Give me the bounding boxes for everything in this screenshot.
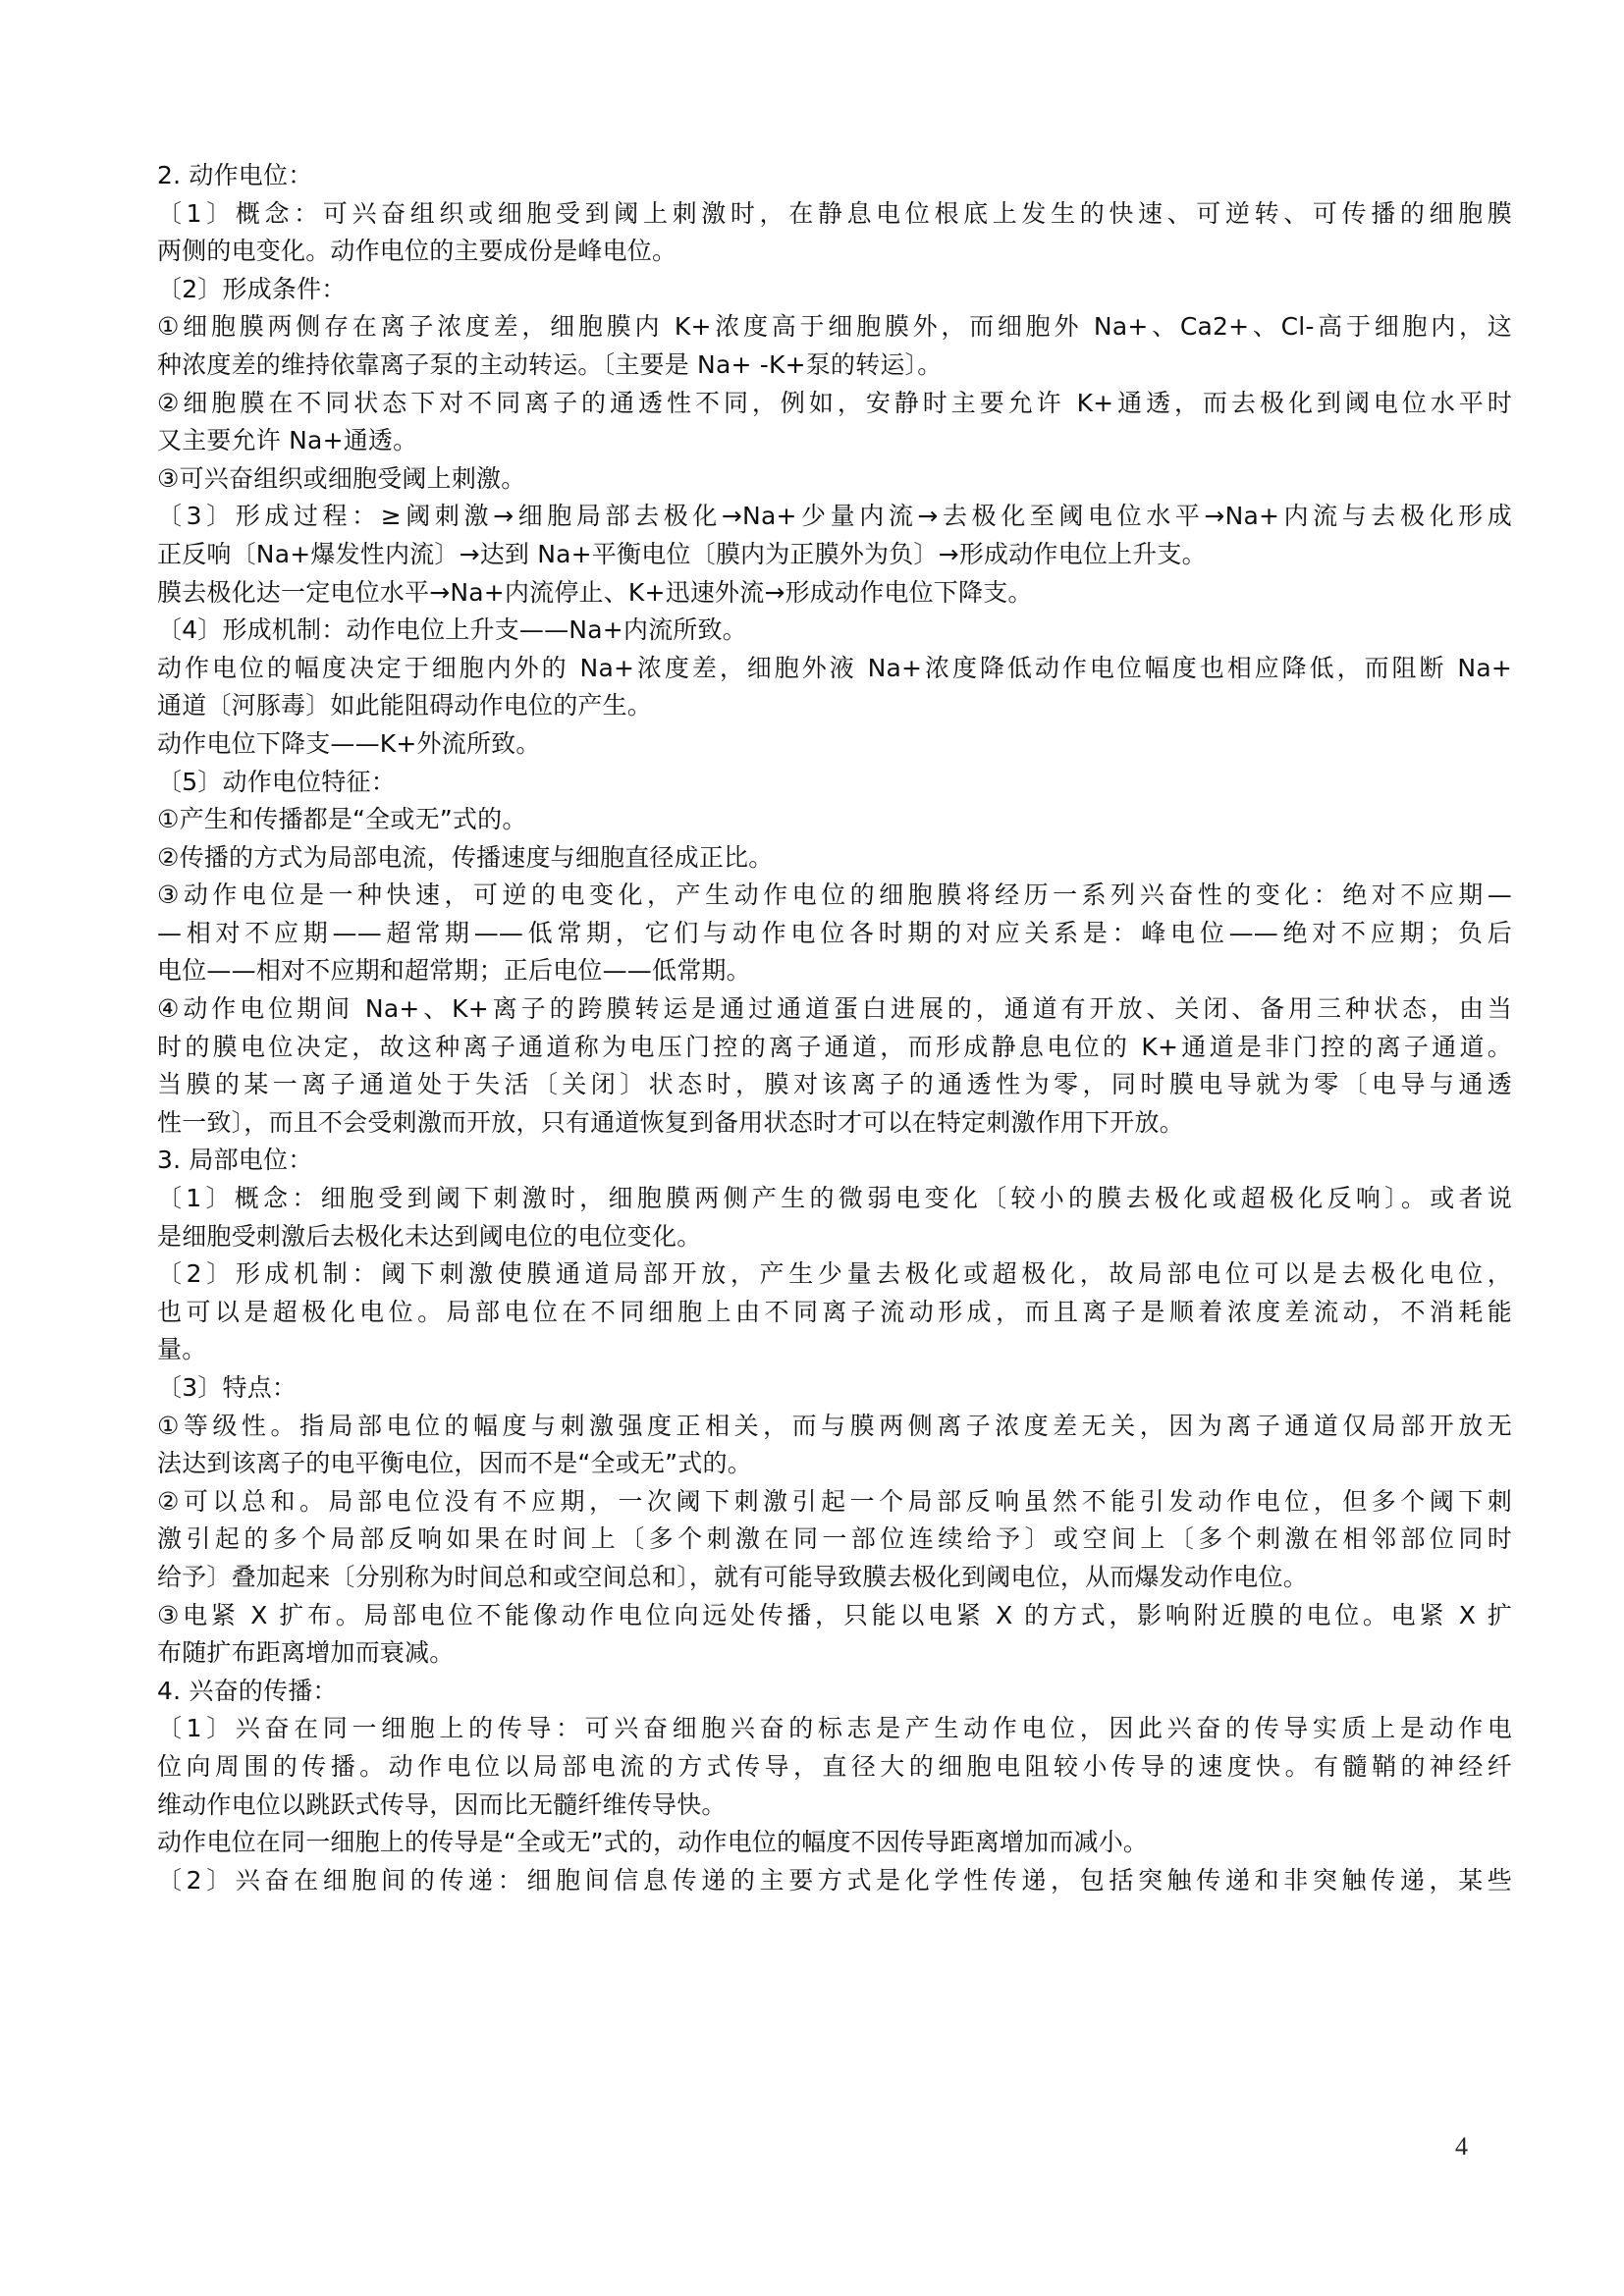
text-line: 两侧的电变化。动作电位的主要成份是峰电位。 — [157, 233, 1512, 271]
text-line: 量。 — [157, 1331, 1512, 1369]
text-line: 布随扩布距离增加而衰减。 — [157, 1634, 1512, 1673]
text-line: 〔1〕兴奋在同一细胞上的传导：可兴奋细胞兴奋的标志是产生动作电位，因此兴奋的传导… — [157, 1710, 1512, 1748]
text-line: 位向周围的传播。动作电位以局部电流的方式传导，直径大的细胞电阻较小传导的速度快。… — [157, 1748, 1512, 1787]
text-line: 动作电位的幅度决定于细胞内外的 Na+浓度差，细胞外液 Na+浓度降低动作电位幅… — [157, 650, 1512, 688]
text-line: ②传播的方式为局部电流，传播速度与细胞直径成正比。 — [157, 839, 1512, 878]
text-line: 是细胞受刺激后去极化未达到阈电位的电位变化。 — [157, 1218, 1512, 1256]
text-line: 〔2〕形成条件： — [157, 271, 1512, 309]
text-line: 又主要允许 Na+通透。 — [157, 422, 1512, 460]
text-line: ①等级性。指局部电位的幅度与刺激强度正相关，而与膜两侧离子浓度差无关，因为离子通… — [157, 1408, 1512, 1446]
text-line: ②可以总和。局部电位没有不应期，一次阈下刺激引起一个局部反响虽然不能引发动作电位… — [157, 1483, 1512, 1522]
text-line: 给予〕叠加起来〔分别称为时间总和或空间总和〕，就有可能导致膜去极化到阈电位，从而… — [157, 1559, 1512, 1597]
text-line: 当膜的某一离子通道处于失活〔关闭〕状态时，膜对该离子的通透性为零，同时膜电导就为… — [157, 1066, 1512, 1104]
text-line: 〔3〕特点： — [157, 1369, 1512, 1408]
text-line: ④动作电位期间 Na+、K+离子的跨膜转运是通过通道蛋白进展的，通道有开放、关闭… — [157, 990, 1512, 1029]
text-line: ③动作电位是一种快速，可逆的电变化，产生动作电位的细胞膜将经历一系列兴奋性的变化… — [157, 877, 1512, 915]
text-line: 动作电位在同一细胞上的传导是“全或无”式的，动作电位的幅度不因传导距离增加而减小… — [157, 1824, 1512, 1862]
text-line: 〔4〕形成机制：动作电位上升支——Na+内流所致。 — [157, 612, 1512, 650]
text-line: 通道〔河豚毒〕如此能阻碍动作电位的产生。 — [157, 687, 1512, 725]
text-line: 性一致〕，而且不会受刺激而开放，只有通道恢复到备用状态时才可以在特定刺激作用下开… — [157, 1104, 1512, 1143]
text-line: 〔1〕概念：细胞受到阈下刺激时，细胞膜两侧产生的微弱电变化〔较小的膜去极化或超极… — [157, 1180, 1512, 1218]
text-line: 正反响〔Na+爆发性内流〕→达到 Na+平衡电位〔膜内为正膜外为负〕→形成动作电… — [157, 536, 1512, 574]
text-line: ①细胞膜两侧存在离子浓度差，细胞膜内 K+浓度高于细胞膜外，而细胞外 Na+、C… — [157, 308, 1512, 347]
text-line: 维动作电位以跳跃式传导，因而比无髓纤维传导快。 — [157, 1787, 1512, 1825]
text-line: 3. 局部电位： — [157, 1142, 1512, 1180]
text-line: 〔3〕形成过程：≥阈刺激→细胞局部去极化→Na+少量内流→去极化至阈电位水平→N… — [157, 498, 1512, 536]
text-line: ③可兴奋组织或细胞受阈上刺激。 — [157, 460, 1512, 499]
text-line: 〔5〕动作电位特征： — [157, 764, 1512, 802]
text-line: 动作电位下降支——K+外流所致。 — [157, 725, 1512, 764]
text-line: 膜去极化达一定电位水平→Na+内流停止、K+迅速外流→形成动作电位下降支。 — [157, 574, 1512, 613]
text-line: 〔1〕概念：可兴奋组织或细胞受到阈上刺激时，在静息电位根底上发生的快速、可逆转、… — [157, 195, 1512, 234]
text-line: 也可以是超极化电位。局部电位在不同细胞上由不同离子流动形成，而且离子是顺着浓度差… — [157, 1294, 1512, 1332]
text-line: 法达到该离子的电平衡电位，因而不是“全或无”式的。 — [157, 1445, 1512, 1483]
text-line: 时的膜电位决定，故这种离子通道称为电压门控的离子通道，而形成静息电位的 K+通道… — [157, 1029, 1512, 1067]
text-line: 激引起的多个局部反响如果在时间上〔多个刺激在同一部位连续给予〕或空间上〔多个刺激… — [157, 1521, 1512, 1559]
text-line: 〔2〕形成机制：阈下刺激使膜通道局部开放，产生少量去极化或超极化，故局部电位可以… — [157, 1255, 1512, 1294]
page-number: 4 — [1455, 2132, 1468, 2162]
text-line: 4. 兴奋的传播： — [157, 1673, 1512, 1711]
text-line: 2. 动作电位： — [157, 157, 1512, 195]
text-line: —相对不应期——超常期——低常期，它们与动作电位各时期的对应关系是：峰电位——绝… — [157, 915, 1512, 953]
text-line: ②细胞膜在不同状态下对不同离子的通透性不同，例如，安静时主要允许 K+通透，而去… — [157, 385, 1512, 423]
text-line: 〔2〕兴奋在细胞间的传递：细胞间信息传递的主要方式是化学性传递，包括突触传递和非… — [157, 1862, 1512, 1900]
document-page: 2. 动作电位：〔1〕概念：可兴奋组织或细胞受到阈上刺激时，在静息电位根底上发生… — [157, 157, 1512, 1899]
text-line: 种浓度差的维持依靠离子泵的主动转运。〔主要是 Na+ -K+泵的转运〕。 — [157, 347, 1512, 385]
text-line: ①产生和传播都是“全或无”式的。 — [157, 801, 1512, 839]
text-line: ③电紧 X 扩布。局部电位不能像动作电位向远处传播，只能以电紧 X 的方式，影响… — [157, 1597, 1512, 1635]
text-line: 电位——相对不应期和超常期；正后电位——低常期。 — [157, 952, 1512, 990]
